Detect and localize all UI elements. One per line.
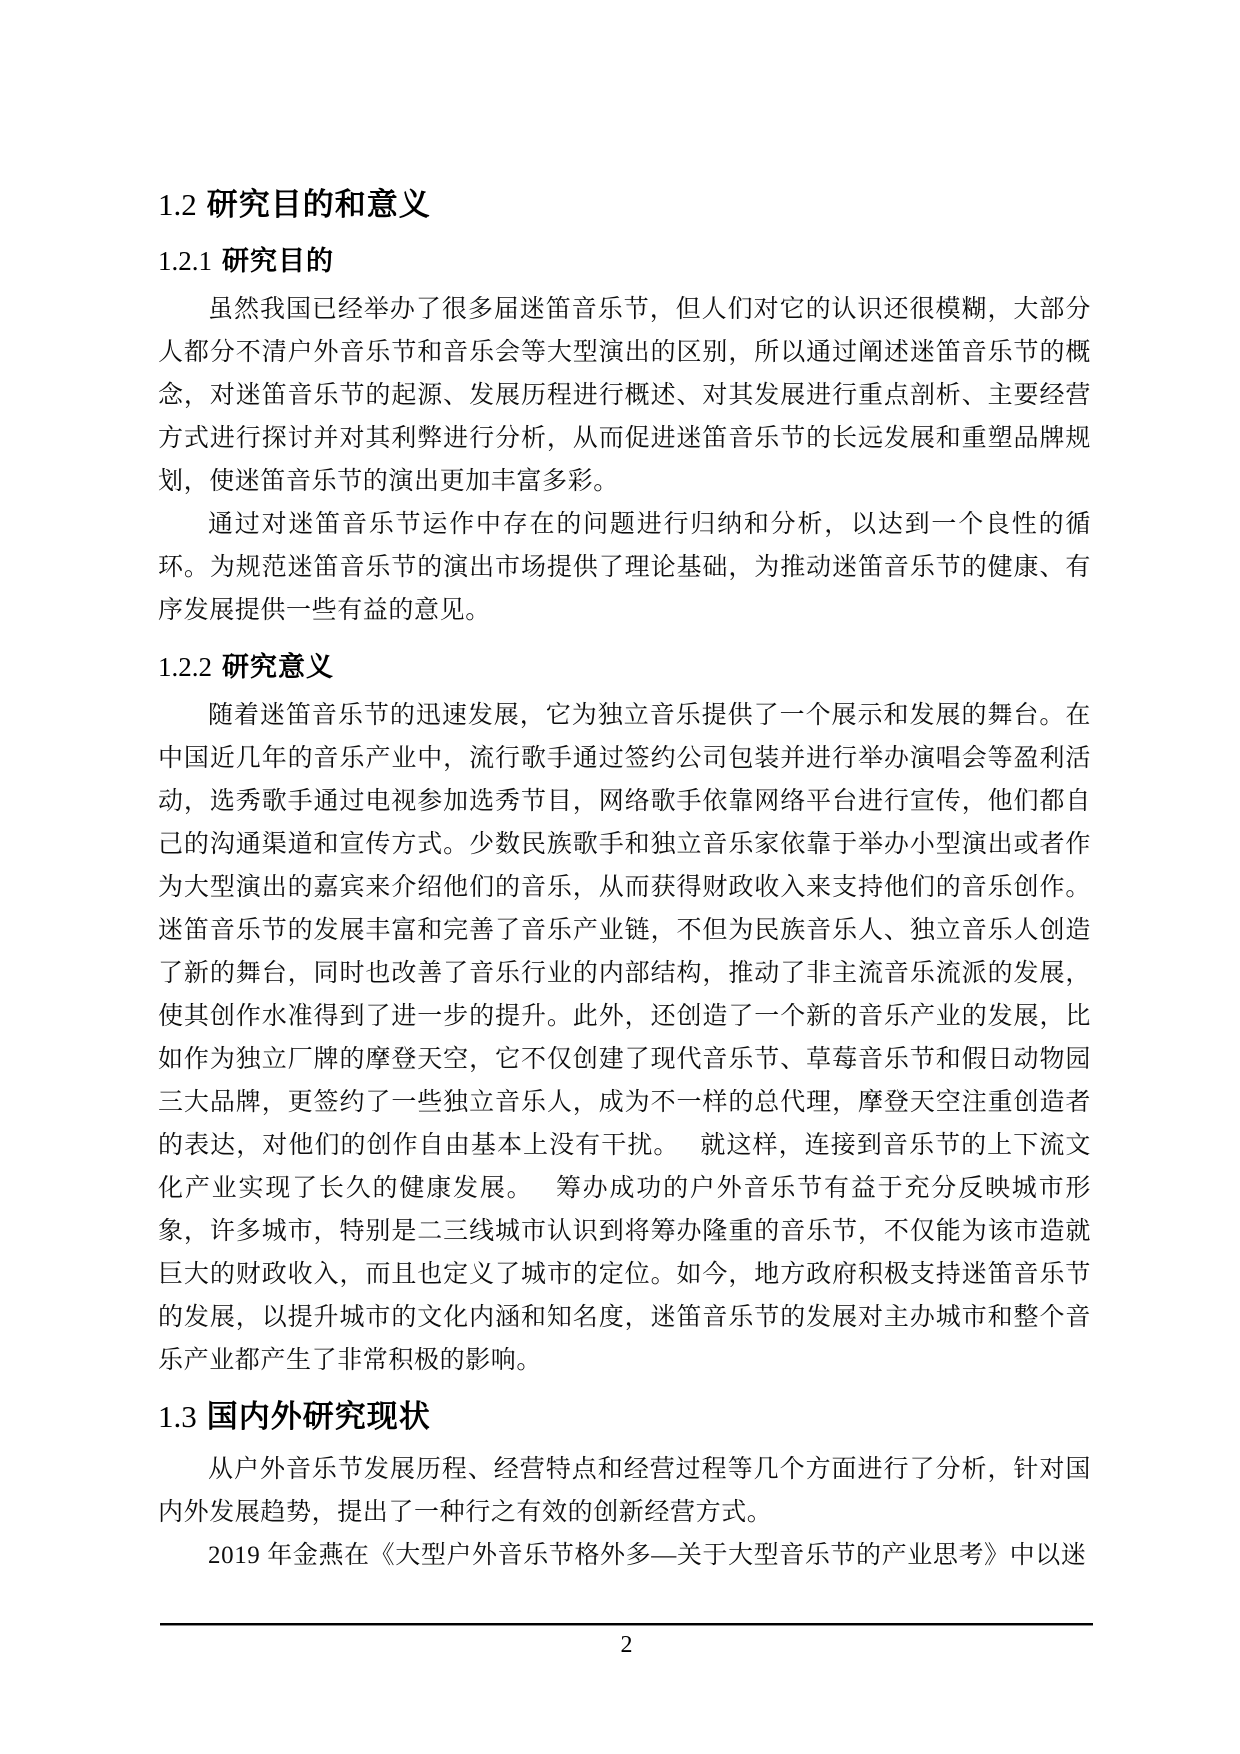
heading-number: 1.2 bbox=[158, 187, 197, 222]
section-heading-1-3: 1.3国内外研究现状 bbox=[158, 1396, 1091, 1438]
paragraph: 2019 年金燕在《大型户外音乐节格外多—关于大型音乐节的产业思考》中以迷 bbox=[158, 1534, 1091, 1577]
heading-number: 1.2.2 bbox=[158, 652, 212, 682]
heading-number: 1.3 bbox=[158, 1399, 197, 1434]
footer-divider bbox=[160, 1623, 1093, 1626]
heading-number: 1.2.1 bbox=[158, 246, 212, 276]
paragraph: 虽然我国已经举办了很多届迷笛音乐节，但人们对它的认识还很模糊，大部分人都分不清户… bbox=[158, 288, 1091, 503]
section-heading-1-2: 1.2研究目的和意义 bbox=[158, 184, 1091, 226]
heading-label: 研究目的 bbox=[222, 246, 334, 276]
subsection-heading-1-2-1: 1.2.1研究目的 bbox=[158, 242, 1091, 280]
paragraph: 通过对迷笛音乐节运作中存在的问题进行归纳和分析，以达到一个良性的循环。为规范迷笛… bbox=[158, 503, 1091, 632]
heading-label: 国内外研究现状 bbox=[207, 1399, 431, 1434]
page-content: 1.2研究目的和意义 1.2.1研究目的 虽然我国已经举办了很多届迷笛音乐节，但… bbox=[158, 184, 1091, 1577]
document-page: 1.2研究目的和意义 1.2.1研究目的 虽然我国已经举办了很多届迷笛音乐节，但… bbox=[0, 0, 1240, 1754]
paragraph: 从户外音乐节发展历程、经营特点和经营过程等几个方面进行了分析，针对国内外发展趋势… bbox=[158, 1448, 1091, 1534]
paragraph: 随着迷笛音乐节的迅速发展，它为独立音乐提供了一个展示和发展的舞台。在中国近几年的… bbox=[158, 694, 1091, 1382]
page-number: 2 bbox=[160, 1630, 1093, 1660]
heading-label: 研究意义 bbox=[222, 652, 334, 682]
heading-label: 研究目的和意义 bbox=[207, 187, 431, 222]
subsection-heading-1-2-2: 1.2.2研究意义 bbox=[158, 648, 1091, 686]
